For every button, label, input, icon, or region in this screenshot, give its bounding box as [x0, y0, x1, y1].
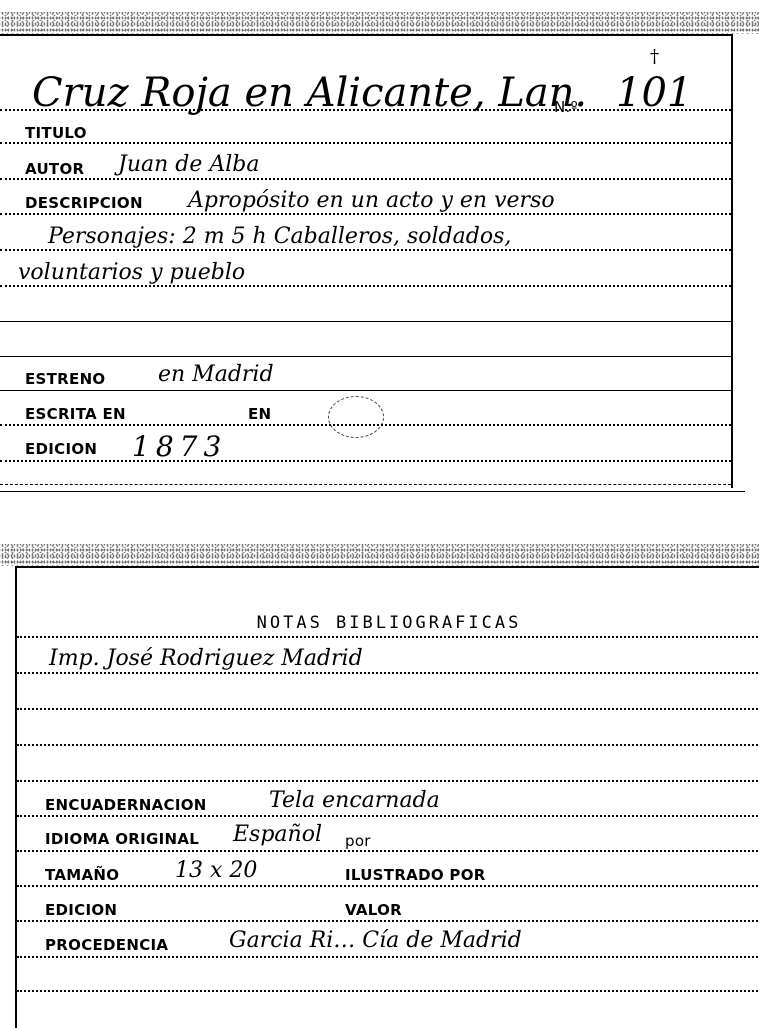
titulo-label: TITULO — [25, 124, 87, 142]
rule — [0, 321, 731, 322]
stamp-circle — [328, 396, 384, 438]
descripcion-line3: voluntarios y pueblo — [18, 260, 245, 285]
descripcion-label: DESCRIPCION — [25, 194, 143, 212]
rule — [17, 672, 759, 674]
rule — [0, 285, 731, 287]
rule — [0, 142, 731, 144]
valor-label: VALOR — [345, 901, 402, 919]
rule — [17, 850, 759, 852]
number-label: N.º — [554, 98, 578, 116]
rule — [0, 213, 731, 215]
descripcion-line2: Personajes: 2 m 5 h Caballeros, soldados… — [48, 224, 511, 249]
rule — [17, 920, 759, 922]
rule — [0, 390, 731, 391]
card-divider — [0, 491, 745, 492]
scan-noise-top — [0, 12, 759, 34]
en-label: EN — [248, 405, 271, 423]
rule — [17, 815, 759, 817]
idioma-value: Español — [233, 822, 322, 847]
edicion-label-back: EDICION — [45, 901, 117, 919]
notes-line1: Imp. José Rodriguez Madrid — [49, 646, 363, 671]
autor-label: AUTOR — [25, 160, 84, 178]
edicion-value: 1873 — [132, 430, 227, 463]
rule — [17, 956, 759, 958]
rule — [0, 356, 731, 357]
encuadernacion-label: ENCUADERNACION — [45, 796, 207, 814]
scan-noise-middle — [0, 544, 759, 566]
rule — [17, 780, 759, 782]
procedencia-label: PROCEDENCIA — [45, 936, 168, 954]
estreno-value: en Madrid — [158, 362, 274, 387]
rule — [17, 990, 759, 992]
rule — [17, 636, 759, 638]
catalog-card-back: NOTAS BIBLIOGRAFICAS Imp. José Rodriguez… — [15, 566, 759, 1028]
rule — [0, 424, 731, 426]
rule — [0, 109, 731, 111]
autor-value: Juan de Alba — [118, 152, 260, 177]
ilustrado-label: ILUSTRADO POR — [345, 866, 486, 884]
procedencia-value: Garcia Ri… Cía de Madrid — [229, 928, 522, 953]
escrita-en-label: ESCRITA EN — [25, 405, 126, 423]
rule — [17, 744, 759, 746]
rule — [0, 249, 731, 251]
rule — [0, 484, 731, 485]
rule — [0, 178, 731, 180]
por-label: por — [345, 832, 371, 850]
descripcion-value: Apropósito en un acto y en verso — [188, 188, 555, 213]
rule — [0, 460, 731, 462]
rule — [17, 708, 759, 710]
tamano-label: TAMAÑO — [45, 866, 119, 884]
tamano-value: 13 x 20 — [175, 858, 257, 883]
cross-mark: † — [650, 46, 659, 67]
estreno-label: ESTRENO — [25, 370, 105, 388]
catalog-card-front: † Cruz Roja en Alicante, Lan. N.º 101 TI… — [0, 34, 733, 488]
edicion-label: EDICION — [25, 440, 97, 458]
section-title: NOTAS BIBLIOGRAFICAS — [17, 613, 759, 633]
rule — [17, 885, 759, 887]
idioma-label: IDIOMA ORIGINAL — [45, 830, 199, 848]
encuadernacion-value: Tela encarnada — [269, 788, 440, 813]
